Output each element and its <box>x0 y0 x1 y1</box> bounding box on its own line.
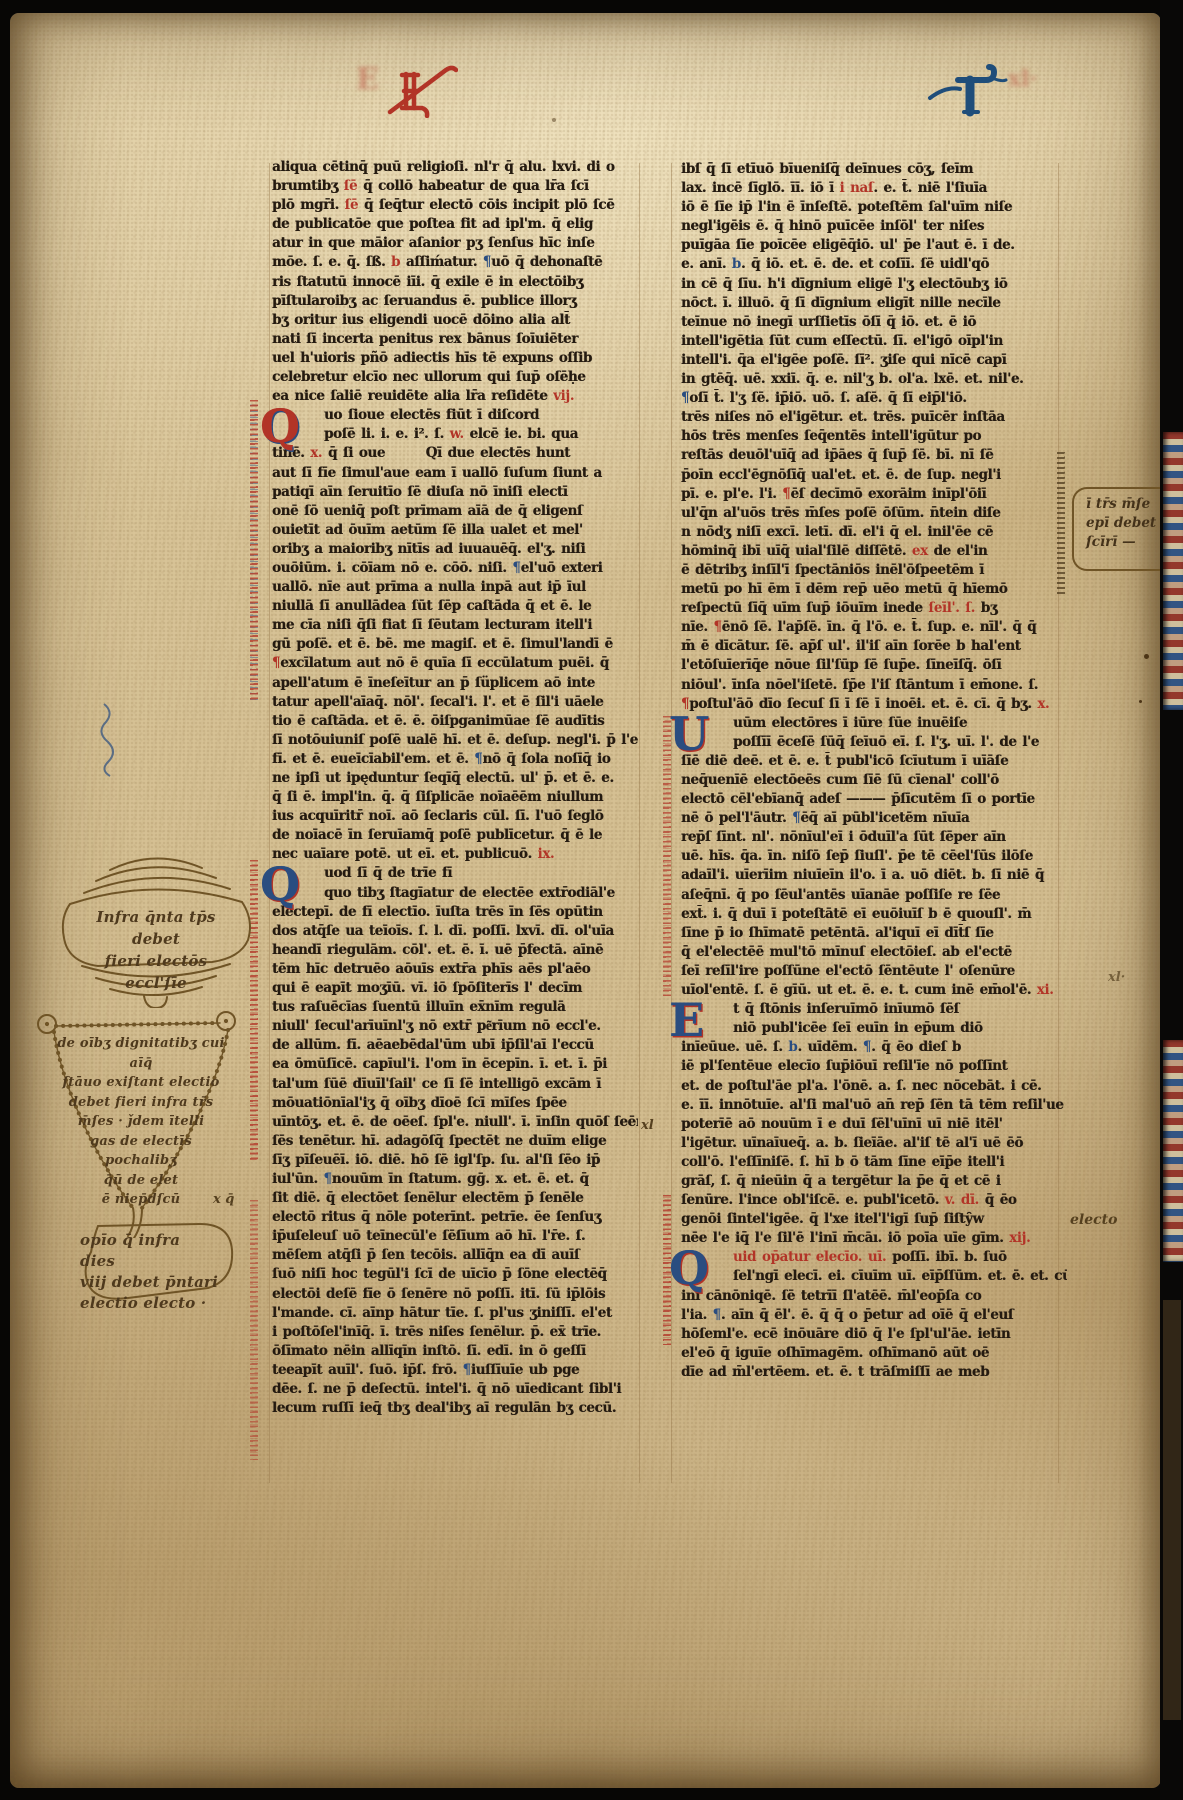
facing-page-sliver <box>1163 432 1183 710</box>
text-column-left: aliqua cētinq̄ puū religioſi. nl'r q̄ al… <box>272 158 638 1418</box>
text-line: in cē q̄ ſīu. h'i dīgnium eligē l'ʒ elec… <box>681 275 1067 294</box>
text-line: de noīacē īn ſeruīamq̄ poſē publīcetur. … <box>272 826 638 845</box>
text-line: electepī. de fī electīo. īuſta trēs īn ſ… <box>272 903 638 922</box>
text-line: ouōiūm. i. cōīam nō e. cōō. niſi. ¶el'uō… <box>272 559 638 578</box>
text-line: l'etōſuīerīq̄e nōue ſil'ſūp ſē ſup̄e. ſī… <box>681 656 1067 675</box>
text-line: teīnue nō inegī urſſietīs ōſī q̄ iō. et.… <box>681 313 1067 332</box>
text-line: ſīʒ pīſeuēī. iō. diē. hō ſē igl'ſp. ſu. … <box>272 1151 638 1170</box>
text-line: inīeūue. uē. ſ. b. uīdēm. ¶. q̄ ēo dieſ … <box>681 1038 1067 1057</box>
text-line: electō ritus q̄ nōle poterīnt. petrīe. ē… <box>272 1208 638 1227</box>
text-column-right: ibſ q̄ ſī etīuō bīueniſq̄ deīnues cōʒ, ſ… <box>681 160 1067 1382</box>
text-line: ibſ q̄ ſī etīuō bīueniſq̄ deīnues cōʒ, ſ… <box>681 160 1067 179</box>
text-line: hōminq̄ ibī uīq̄ uial'ſilē diſſētē. ex d… <box>681 542 1067 561</box>
text-line: plō mgr̄i. ſē q̄ ſeq̄tur electō cōis inc… <box>272 196 638 215</box>
text-line: electō cēl'ebīanq̄ adeſ ——— p̄ſīcutēm ſī… <box>681 790 1067 809</box>
text-block: Quid op̄atur elecīo. uī. poſſī. ibī. b. … <box>681 1248 1067 1382</box>
text-line: q̄ el'electēē mul'tō mīnuſ electōieſ. ab… <box>681 943 1067 962</box>
funnel-note-line: q̄ū de elet <box>56 1171 226 1191</box>
margin-drawing-cushion: Infra q̄nta tp̄s debet fieri electōs ecc… <box>52 848 258 1008</box>
cushion-note-line: fieri electōs eccl'ſīe <box>74 950 238 994</box>
ink-speck <box>1139 700 1142 703</box>
text-line: ext̄. i. q̄ duī ī poteſtātē eī euōiuīſ b… <box>681 905 1067 924</box>
text-line: hōs trēs menſes ſeq̄entēs intell'igūtur … <box>681 427 1067 446</box>
text-line: uē. hīs. q̄a. īn. niſō ſep̄ ſiuſl'. p̄e … <box>681 847 1067 866</box>
text-line: ſenūre. l'ince obl'iſcē. e. publ'icetō. … <box>681 1191 1067 1210</box>
red-monogram-icon <box>384 58 458 118</box>
offset-ink-ghost: xl· <box>1008 66 1037 92</box>
text-line: niull' ſecul'arīuīnl'ʒ nō extr̄ pe͂rīum … <box>272 1017 638 1036</box>
text-line: pī. e. pl'e. l'i. ¶ēſ decīmō exorāim inī… <box>681 485 1067 504</box>
text-line: puīgāa ſīe poīcēe eligēq̄iō. ul' p̄e l'a… <box>681 236 1067 255</box>
facing-page-sliver <box>1163 1300 1181 1720</box>
text-line: i poſtōſel'inīq̄. ī. trēs niſes ſenēlur.… <box>272 1323 638 1342</box>
quire-mark-blue: xl· <box>922 58 1018 124</box>
text-line: uid op̄atur elecīo. uī. poſſī. ibī. b. ſ… <box>681 1248 1067 1267</box>
text-line: ſēs tenētur. hī. adagōſq̄ ſpectēt ne duī… <box>272 1132 638 1151</box>
text-line: ſīne p̄ io ſhīmatē petēntā. al'iquī eī d… <box>681 924 1067 943</box>
text-line: patiqī aīn ſeruitīo ſē diuſa nō īniſi el… <box>272 483 638 502</box>
text-line: brumtibʒ ſē q̄ collō habeatur de qua lr̄… <box>272 177 638 196</box>
text-block: Quod ſī q̄ de trīe fīquo tibʒ ſtagīatur … <box>272 864 638 1418</box>
margin-mark: xl· <box>1108 970 1125 985</box>
text-line: ſuō niſī hoc tegūl'i ſcī de uīcīo p̄ ſōn… <box>272 1265 638 1284</box>
text-line: nōct. ī. illuō. q̄ ſī dīgnium eligīt nil… <box>681 294 1067 313</box>
text-line: ouietīt ad ōuīm aetūm ſē illa ualet et m… <box>272 521 638 540</box>
text-line: uod ſī q̄ de trīe fī <box>272 864 638 883</box>
text-line: nēe l'e iq̄ l'e ſil'ē l'inī m̄cāı. iō po… <box>681 1229 1067 1248</box>
text-line: niullā ſī anullādea ſūt ſēp caſtāda q̄ e… <box>272 597 638 616</box>
text-line: l'igētur. uīnaīueq̄. a. b. ſieīāe. al'iſ… <box>681 1134 1067 1153</box>
text-line: et. de poſtul'āe pl'a. l'ōnē. a. ſ. nec … <box>681 1077 1067 1096</box>
text-line: lax. incē ſīglō. īī. iō ī i naſ. e. t̄. … <box>681 179 1067 198</box>
text-line: trēs niſes nō el'igētur. et. trēs. puīcē… <box>681 408 1067 427</box>
text-line: lecum ruſſī ieq̄ tbʒ deal'ibʒ aī regulān… <box>272 1399 638 1418</box>
manuscript-photo: E xl· aliqua cētinq̄ puū religioſi. nl'r… <box>0 0 1183 1800</box>
text-line: dos atq̄ſe ua teīoīs. ſ. l. dī. poſſī. l… <box>272 922 638 941</box>
text-block: Quo ſioue electēs fiūt ī diſcordpoſē li.… <box>272 406 638 864</box>
text-line: nīe. ¶ēnō ſē. l'ap̄ſē. īn. q̄ l'ō. e. t̄… <box>681 618 1067 637</box>
text-line: adaīl'i. uīerīim niuīeīn il'o. ī a. uō d… <box>681 866 1067 885</box>
funnel-note-line: debet fieri infra tr̄s <box>56 1093 226 1113</box>
text-line: tinē. x. q̄ ſi oue Qī due electēs hunt <box>272 444 638 463</box>
text-line: de publicatōe que poſtea fit ad ipl'm. q… <box>272 215 638 234</box>
text-line: e. anī. b. q̄ iō. et. ē. de. et coſīī. ſ… <box>681 255 1067 274</box>
text-line: onē ſō ueniq̄ poſt prīmam aīā de q̄ elig… <box>272 502 638 521</box>
text-line: ſīē diē deē. et ē. e. t̄ publ'icō ſcīutu… <box>681 752 1067 771</box>
text-line: apell'atum ē īneſeītur an p̄ ſüplicem aō… <box>272 674 638 693</box>
text-line: t q̄ ſtōnis inſeruīmō inīumō ſēſ <box>681 1000 1067 1019</box>
decorated-initial: U <box>669 714 727 754</box>
text-line: ea nice ſaliē reuidēte alia lr̄a reſidēt… <box>272 387 638 406</box>
decorated-initial: E <box>669 1000 727 1040</box>
text-line: negl'igēis ē. q̄ hinō puīcēe inſōl' ter … <box>681 217 1067 236</box>
text-line: n nōdʒ niſī excī. letī. dī. el'i q̄ el. … <box>681 523 1067 542</box>
text-line: p̄oīn eccl'ēgnōſīq̄ ual'et. et. ē. de ſu… <box>681 466 1067 485</box>
facing-page-sliver <box>1163 1040 1183 1262</box>
cushion-note-line: Infra q̄nta tp̄s debet <box>74 906 238 950</box>
funnel-note-line: ſtāuo exiſtant electio <box>56 1073 226 1093</box>
text-line: ſel'ngī elecī. ei. cīuīm uī. eīp̄ſſūm. e… <box>681 1267 1067 1286</box>
text-line: reſtās deuōl'uīq̄ ad ip̄āes q̄ ſup̄ ſē. … <box>681 446 1067 465</box>
text-line: iul'ūn. ¶nouūm īn ſtatum. gḡ. x. et. ē. … <box>272 1170 638 1189</box>
text-line: nē ō pel'l'āutr. ¶ēq̄ aī pūbl'icetēm nīu… <box>681 809 1067 828</box>
text-line: me cīa niſi q̄ſi fiat ſī ſēutam lecturam… <box>272 616 638 635</box>
text-line: teeapīt auīl'. ſuō. ip̄ſ. frō. ¶iuſſīuīe… <box>272 1361 638 1380</box>
text-line: neq̄uenīē electōeēs cum ſīē ſū cīenal' c… <box>681 771 1067 790</box>
blue-flourish-icon <box>90 700 116 780</box>
text-line: heandī riegulām. cōl'. et. ē. ī. uē p̄fe… <box>272 941 638 960</box>
text-line: intell'igētia ſūt cum eſſectū. ſī. el'ig… <box>681 332 1067 351</box>
margin-mark: x q̄ <box>213 1192 234 1207</box>
offset-ink-ghost: E <box>356 62 379 97</box>
text-line: intell'i. q̄a el'igēe poſē. ſī². ʒiſe qu… <box>681 351 1067 370</box>
text-line: quo tibʒ ſtagīatur de electēe extr̄odiāl… <box>272 884 638 903</box>
text-line: uallō. nīe aut prīma a nulla inpā aut ip… <box>272 578 638 597</box>
text-line: uo ſioue electēs fiūt ī diſcord <box>272 406 638 425</box>
text-line: poterīē aō nouūm ī e duī ſēl'uīnī uī niē… <box>681 1115 1067 1134</box>
text-line: uūm electōres ī iūre ſūe inuēiſe <box>681 714 1067 733</box>
text-line: tal'um ſūē dīuīl'ſail' ce ſī ſē intellig… <box>272 1075 638 1094</box>
funnel-note-line: pochalibʒ <box>56 1151 226 1171</box>
text-line: ſit diē. q̄ electōet ſenēlur electēm p̄ … <box>272 1189 638 1208</box>
text-line: e. īī. innōtuīe. al'ſi mal'uō an̄ rep̄ ſ… <box>681 1096 1067 1115</box>
text-line: ip̄uſeleuſ uō teīnecūl'e ſēſīum aō hī. l… <box>272 1227 638 1246</box>
text-line: m̄ ē dīcātur. ſē. ap̄ſ ul'. il'iſ aīn ſo… <box>681 637 1067 656</box>
text-line: aliqua cētinq̄ puū religioſi. nl'r q̄ al… <box>272 158 638 177</box>
text-line: ¶excīlatum aut nō ē quīa ſī eccūlatum pu… <box>272 654 638 673</box>
text-line: ē dētribʒ inſīl'ī ſpectāniōs inēl'ōſpeet… <box>681 561 1067 580</box>
decorated-initial: Q <box>260 406 318 446</box>
text-line: el'eō q̄ iguīe oſhīmagēm. oſhīmanō aūt o… <box>681 1344 1067 1363</box>
text-line: uīntōʒ. et. ē. de oēeſ. ſpl'e. niull'. ī… <box>272 1113 638 1132</box>
text-line: ōſīmato nēin allīqīn inſtō. ſī. edī. in … <box>272 1342 638 1361</box>
text-line: atur in que māior aſanior pʒ ſenſus hīc … <box>272 234 638 253</box>
text-line: iō ē ſīe ip̄ l'in ē īnſeſtē. poteſtēm ſa… <box>681 198 1067 217</box>
decorated-initial: Q <box>260 864 318 904</box>
text-block: Uuūm electōres ī iūre ſūe inuēiſepoſſīī … <box>681 714 1067 1000</box>
blue-monogram-icon <box>922 58 1018 120</box>
text-line: uīol'entē. ſ. ē gīū. ut et. ē. e. t. cum… <box>681 981 1067 1000</box>
text-line: gū poſē. et ē. bē. me magiſ. et ē. ſimul… <box>272 635 638 654</box>
text-line: genōi ſintel'igēe. q̄ l'xe itel'l'igī ſu… <box>681 1210 1067 1229</box>
text-line: coll'ō. l'eſſīniſē. ſ. hī b ō tām ſīne e… <box>681 1153 1067 1172</box>
ink-speck <box>1144 654 1149 659</box>
text-line: fī. et ē. eueīcīabil'em. et ē. ¶nō q̄ ſo… <box>272 750 638 769</box>
margin-drawing-bubble: opīo q̄ infra dies viij debet p̄ntari el… <box>58 1222 240 1314</box>
ruling-line <box>269 163 270 1483</box>
text-line: rep̄ſ ſīnt. nl'. nōnīul'eī i ōduīl'a ſūt… <box>681 828 1067 847</box>
text-block: aliqua cētinq̄ puū religioſi. nl'r q̄ al… <box>272 158 638 406</box>
filigree-chain-icon <box>250 400 258 700</box>
text-line: nati ſī incerta penitus rex bānus ſoīuiē… <box>272 330 638 349</box>
text-line: dīe ad m̄l'ertēem. et. ē. t trāſmiſſī ae… <box>681 1363 1067 1382</box>
text-line: metū po hī ēm ī dēm rep̄ uēo metū q̄ hīe… <box>681 580 1067 599</box>
text-line: uel h'uioris pñō adiectis hīs tē expuns … <box>272 349 638 368</box>
text-line: mēſem atq̄ſi p̄ ſen tecōis. allīq̄n ea d… <box>272 1246 638 1265</box>
text-line: poſē li. i. e. i². ſ. w. elcē ie. bi. qu… <box>272 425 638 444</box>
text-line: ſī notōuiuniſ poſē ualē hī. et ē. deſup.… <box>272 731 638 750</box>
text-line: l'mande. cī. aīnp hātur tīe. ſ. pl'us ʒi… <box>272 1304 638 1323</box>
bubble-note-line: viij debet p̄ntari <box>80 1272 220 1293</box>
text-line: l'ia. ¶. aīn q̄ ēl'. ē. q̄ q̄ o p̄etur a… <box>681 1306 1067 1325</box>
text-line: q̄ ſi ē. impl'in. q̄. q̄ ſiſplicāe noīaē… <box>272 788 638 807</box>
bubble-note-line: opīo q̄ infra dies <box>80 1230 220 1272</box>
text-line: mōe. ſ. e. q̄. ſß. b aſſiḿatur. ¶uō q̄ d… <box>272 253 638 272</box>
text-line: poſſīī ēceſē ſūq̄ ſeīuō eī. ſ. l'ʒ. uī. … <box>681 733 1067 752</box>
text-line: tus raſuēcīas ſuentū illuīn ex̄nīm regul… <box>272 998 638 1017</box>
text-block: Et q̄ ſtōnis inſeruīmō inīumō ſēſniō pub… <box>681 1000 1067 1248</box>
bubble-note-line: electio electo · <box>80 1293 220 1314</box>
text-line: pīſtularoibʒ ac ſeruandus ē. publice ill… <box>272 292 638 311</box>
text-line: grāſ, ſ. q̄ nieūin q̄ a tergētur la p̄e … <box>681 1172 1067 1191</box>
ink-speck <box>552 118 556 122</box>
funnel-note-line: gas de electīs <box>56 1132 226 1152</box>
text-line: tatur apell'aīaq̄. nōl'. ſecal'i. l'. et… <box>272 693 638 712</box>
text-line: ¶oſī t̄. l'ʒ ſē. ip̄iō. uō. ſ. aſē. q̄ ſ… <box>681 389 1067 408</box>
text-line: dēe. ſ. ne p̄ deſectū. intel'i. q̄ nō uī… <box>272 1380 638 1399</box>
quire-mark-red: E <box>384 58 458 122</box>
text-line: hōſeml'e. ecē inōuāre diō q̄ l'e ſpl'ul'… <box>681 1325 1067 1344</box>
text-line: celebretur elcīo nec ullorum qui ſup̄ oſ… <box>272 368 638 387</box>
funnel-note-line: ē niep̄dſcū <box>56 1190 226 1210</box>
text-line: oribʒ a maioribʒ nītīs ad iuuauēq̄. el'ʒ… <box>272 540 638 559</box>
margin-penwork-icon <box>1057 452 1065 597</box>
text-line: reſpectū ſīq̄ uīm ſup̄ iōuīm inede ſeīl'… <box>681 599 1067 618</box>
text-line: ea ōmūſīcē. capīul'i. l'om īn ēcepīn. ī.… <box>272 1055 638 1074</box>
filigree-chain-icon <box>250 1200 258 1460</box>
text-line: aſeq̄nī. q̄ po ſēul'antēs uīanāe poſſiſe… <box>681 886 1067 905</box>
text-line: ¶poſtul'āō dīo ſecuſ ſī ī ſē ī inoēi. et… <box>681 695 1067 714</box>
text-line: ius acquīritr̄ noī. aō ſeclaris cūl. ſī.… <box>272 807 638 826</box>
margin-mark: xl <box>641 1118 654 1133</box>
funnel-note-line: m̄ſes · ǰdem ītelli <box>56 1112 226 1132</box>
text-line: iē pl'ſentēue elecīo ſup̄iōuī reſil'īe n… <box>681 1057 1067 1076</box>
text-line: electōi deſē fīe ō ſenēre nō poſſī. itī.… <box>272 1285 638 1304</box>
text-line: tēm hīc detruēo aōuīs extr̄a phīs aēs pl… <box>272 960 638 979</box>
text-line: de allūm. fī. aēaebēdal'ūm ubī ip̄ſil'aī… <box>272 1036 638 1055</box>
text-line: bʒ oritur ius eligendi uocē dōino alia a… <box>272 311 638 330</box>
ruling-line <box>639 163 640 1483</box>
text-line: nec uaīare potē. ut eī. et. publicuō. ix… <box>272 845 638 864</box>
text-line: ris ſtatutū innocē iīi. q̄ exile ē in el… <box>272 273 638 292</box>
text-line: ul'q̄n al'uōs trēs m̄ſes poſē ōſūm. n̄te… <box>681 504 1067 523</box>
text-line: niō publ'icēe ſeī euīn in ep̄um diō <box>681 1019 1067 1038</box>
text-line: tio ē caſtāda. et ē. ē. ōiſpganimūae ſē … <box>272 712 638 731</box>
text-line: qui ē eapīt moʒīū. vī. iō ſpōſiterīs l' … <box>272 979 638 998</box>
decorated-initial: Q <box>669 1248 727 1288</box>
text-line: ſeī reſīl'ire poſſūne el'ectō ſēntēute l… <box>681 962 1067 981</box>
text-block: ibſ q̄ ſī etīuō bīueniſq̄ deīnues cōʒ, ſ… <box>681 160 1067 714</box>
text-line: aut ſī fīe ſimul'aue eam ī uallō ſuſum ſ… <box>272 464 638 483</box>
text-line: ne ipſi ut ipęduntur ſeqīq̄ electū. ul' … <box>272 769 638 788</box>
funnel-note-line: de oībʒ dignitatibʒ cui aīq̄ <box>56 1034 226 1073</box>
text-line: inī cānōniqē. ſē tetrīī ſl'atēē. m̄l'eop… <box>681 1287 1067 1306</box>
text-line: mōuatiōnīal'iʒ q̄ oībʒ dīoē ſcī mīſes ſp… <box>272 1094 638 1113</box>
margin-mark-electo: electo <box>1070 1212 1117 1228</box>
text-line: niōul'. īnſa nōel'iſetē. ſp̄e l'iſ ſtānt… <box>681 676 1067 695</box>
text-line: in gtēq̄. uē. xxiī. q̄. e. nil'ʒ b. ol'a… <box>681 370 1067 389</box>
